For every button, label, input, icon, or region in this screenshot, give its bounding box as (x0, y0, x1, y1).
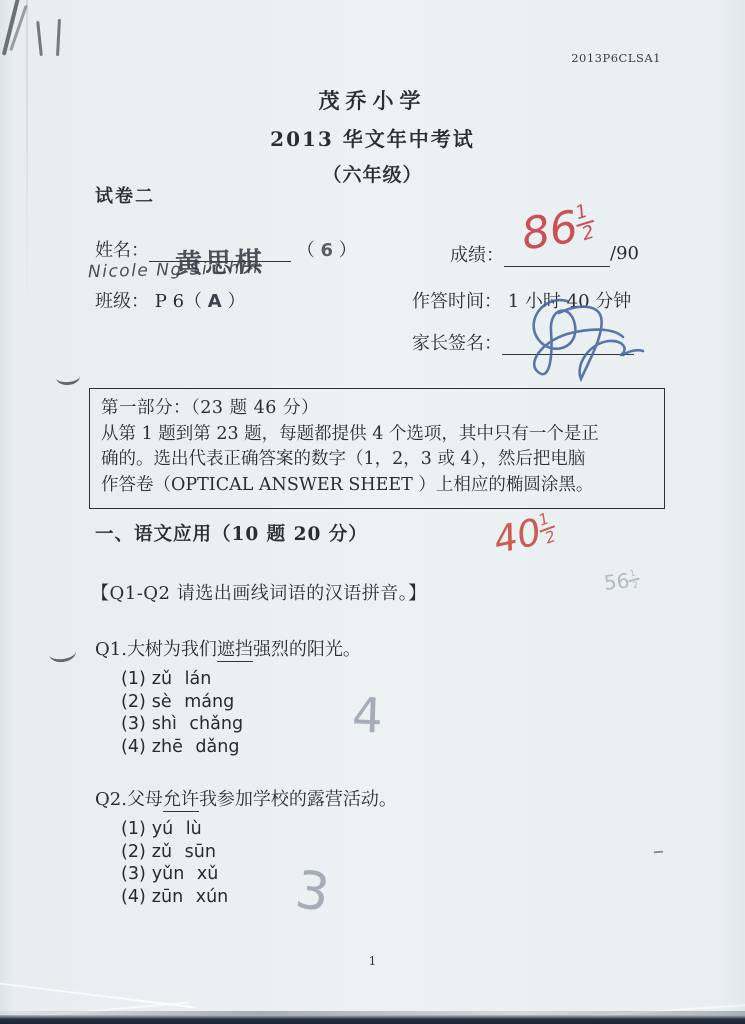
score-label: 成绩： (450, 245, 504, 266)
part1-body-line: 从第 1 题到第 23 题，每题都提供 4 个选项，其中只有一个是正 (101, 422, 654, 448)
subsection-instruction: 【Q1-Q2 请选出画线词语的汉语拼音。】 (91, 579, 427, 605)
score-handwritten: 8612 (519, 203, 599, 261)
underlined-word: 遮挡 (217, 639, 253, 662)
question-label: Q2. (95, 789, 127, 810)
section1-heading: 一、语文应用（10 题 20 分） (95, 520, 368, 546)
marks-red-handwritten: 4012 (490, 510, 560, 563)
option-row: (3)shì chǎng (121, 713, 361, 736)
paper-label: 试卷二 (95, 182, 155, 208)
exam-title-block: 茂乔小学 2013 华文年中考试 （六年级） (0, 85, 745, 187)
student-index-handwritten: 6 (320, 240, 333, 261)
question-stem: Q1.大树为我们遮挡强烈的阳光。 (95, 635, 361, 661)
page-number: 1 (0, 953, 745, 968)
name-label: 姓名： (95, 240, 149, 261)
score-total: /90 (610, 243, 639, 264)
marks-pencil-handwritten: 5612 (603, 569, 642, 596)
question-q1: Q1.大树为我们遮挡强烈的阳光。 (1)zǔ lán (2)sè máng (3… (95, 635, 361, 758)
score-blank-line: 8612 (504, 242, 610, 267)
school-name: 茂乔小学 (0, 85, 745, 115)
hole-punch-mark (48, 642, 77, 664)
option-row: (3)yǔn xǔ (121, 863, 397, 886)
answer-handwritten-q2: 3 (292, 864, 333, 921)
part1-heading: 第一部分：（23 题 46 分） (101, 396, 654, 422)
index-open-paren: （ (297, 240, 315, 261)
option-row: (1)yú lù (121, 818, 397, 841)
part1-instruction-box: 第一部分：（23 题 46 分） 从第 1 题到第 23 题，每题都提供 4 个… (89, 388, 665, 509)
question-stem: Q2.父母允许我参加学校的露营活动。 (95, 785, 397, 811)
hole-punch-mark (55, 368, 80, 386)
score-row: 成绩：8612/90 (450, 241, 639, 267)
answer-handwritten-q1: 4 (351, 691, 383, 740)
question-q2: Q2.父母允许我参加学校的露营活动。 (1)yú lù (2)zǔ sūn (3… (95, 785, 397, 908)
time-label: 作答时间： (412, 291, 502, 312)
doc-code: 2013P6CLSA1 (571, 51, 661, 65)
option-row: (2)zǔ sūn (121, 841, 397, 864)
scanned-exam-page: 2013P6CLSA1 茂乔小学 2013 华文年中考试 （六年级） 试卷二 姓… (0, 0, 745, 1024)
class-label: 班级： (95, 291, 149, 312)
scan-edge-bottom (0, 1015, 745, 1024)
option-row: (4)zūn xún (121, 886, 397, 909)
index-close-paren: ） (339, 240, 357, 261)
class-row: 班级： P 6（ A ） (95, 287, 245, 313)
signature-label: 家长签名： (412, 333, 502, 354)
options-list: (1)yú lù (2)zǔ sūn (3)yǔn xǔ (4)zūn xún (121, 818, 397, 908)
options-list: (1)zǔ lán (2)sè máng (3)shì chǎng (4)zhē… (121, 668, 361, 758)
part1-body-line: 作答卷（OPTICAL ANSWER SHEET ）上相应的椭圆涂黑。 (101, 473, 654, 499)
class-close-paren: ） (227, 291, 245, 312)
class-printed: P 6（ (155, 291, 202, 312)
option-row: (2)sè máng (121, 691, 361, 714)
exam-name: 2013 华文年中考试 (0, 123, 745, 152)
pencil-scribble (36, 21, 43, 56)
class-section-handwritten: A (208, 291, 222, 312)
part1-body-line: 确的。选出代表正确答案的数字（1，2，3 或 4），然后把电脑 (101, 447, 654, 473)
option-row: (4)zhē dǎng (121, 736, 361, 759)
option-row: (1)zǔ lán (121, 668, 361, 691)
pencil-scribble (56, 19, 61, 56)
question-label: Q1. (95, 639, 127, 660)
underlined-word: 允许 (163, 789, 199, 812)
scan-speck (654, 851, 663, 854)
parent-signature-scribble (505, 291, 655, 387)
